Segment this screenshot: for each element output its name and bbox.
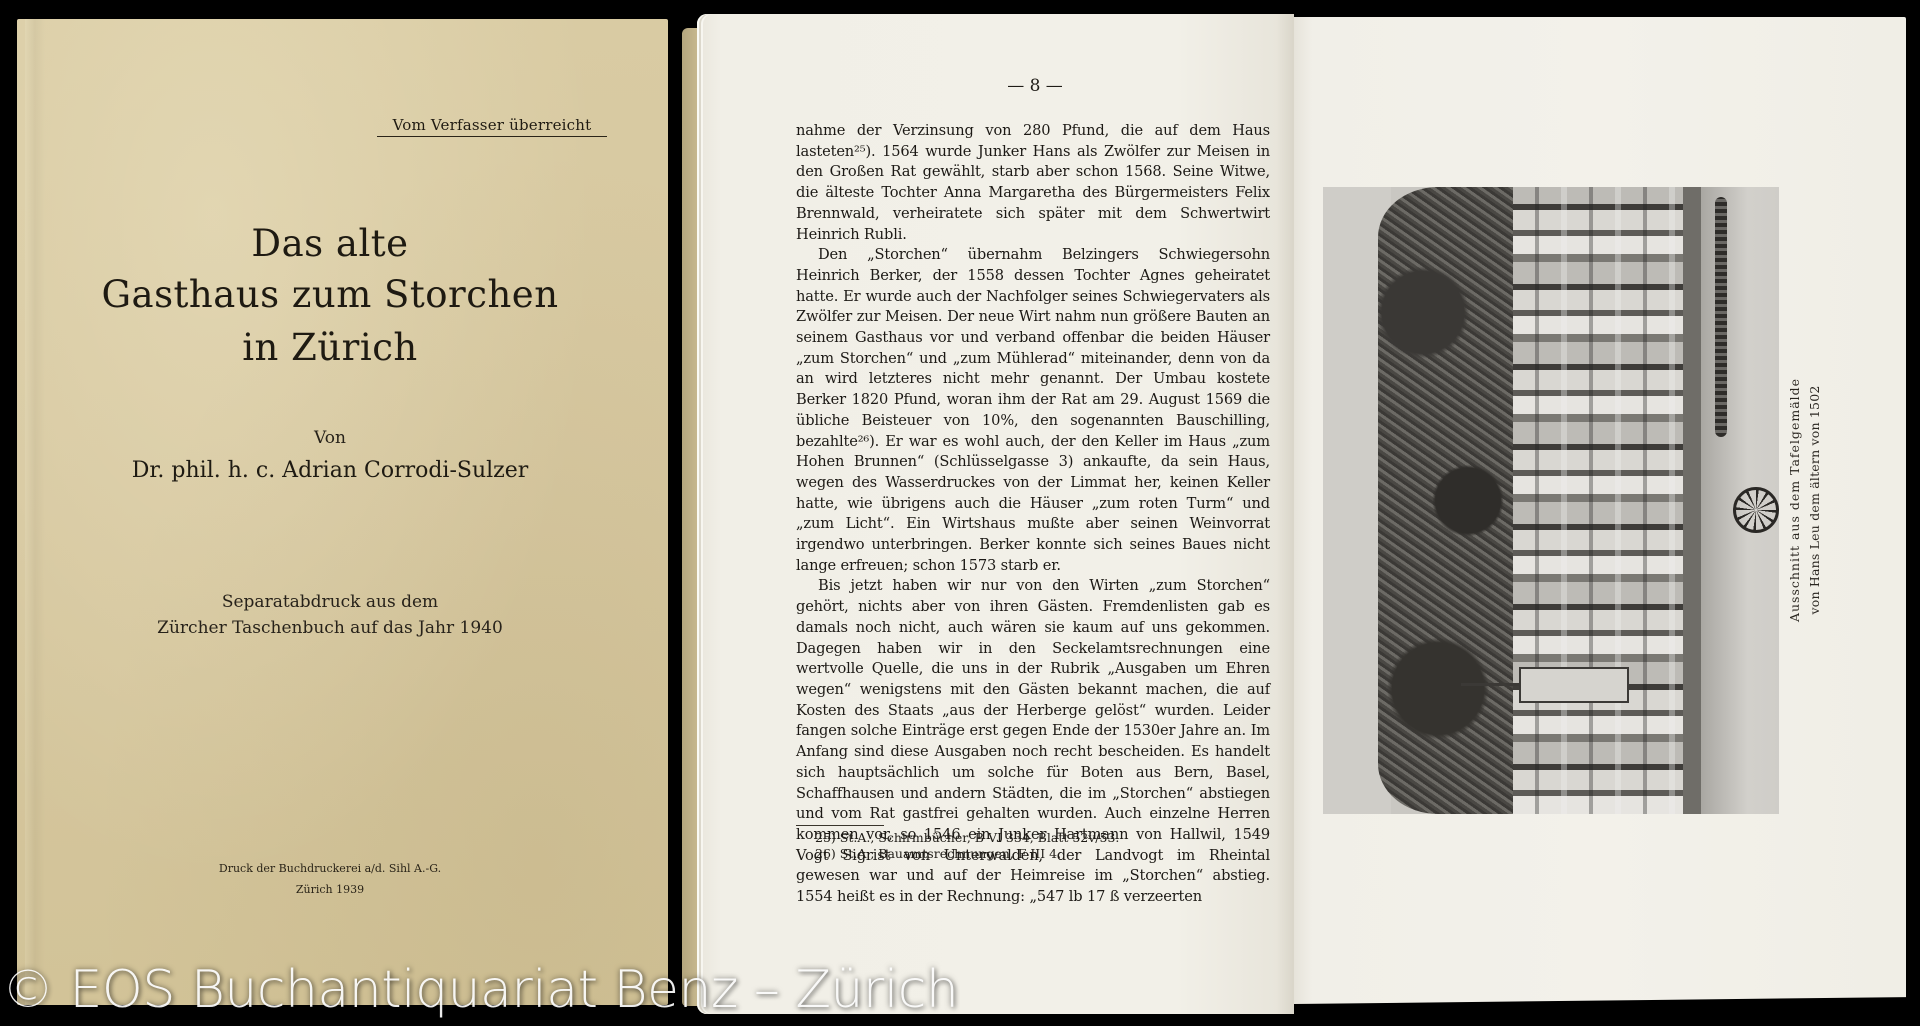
plate-weir xyxy=(1715,197,1727,437)
cover-printer-line-2: Zürich 1939 xyxy=(80,883,580,896)
footnote-number: 25) xyxy=(815,830,836,845)
footnote: 25) St.A., Schirmbücher, B VI 334, Blatt… xyxy=(815,830,1275,846)
cover-offprint-line-2: Zürcher Taschenbuch auf das Jahr 1940 xyxy=(80,618,580,638)
footnote-text: St.A., Schirmbücher, B VI 334, Blatt 52v… xyxy=(840,830,1120,845)
cover-title-line-1: Das alte xyxy=(80,222,580,265)
footnote: 26) St.A., Bauamtsrechnungen, F III 4. xyxy=(815,846,1275,862)
plate-riverbank xyxy=(1683,187,1703,814)
plate-hillside xyxy=(1378,187,1528,814)
cover-title-line-2: Gasthaus zum Storchen xyxy=(80,273,580,316)
presented-by-author-note: Vom Verfasser überreicht xyxy=(377,116,607,137)
townscape-plate-image xyxy=(1323,187,1779,814)
footnote-text: St.A., Bauamtsrechnungen, F III 4. xyxy=(840,846,1061,861)
caption-line-2: von Hans Leu dem ältern von 1502 xyxy=(1805,378,1825,622)
booklet-cover xyxy=(17,19,668,1005)
footnotes: 25) St.A., Schirmbücher, B VI 334, Blatt… xyxy=(815,830,1275,862)
paragraph: nahme der Verzinsung von 280 Pfund, die … xyxy=(796,121,1270,245)
footnote-divider xyxy=(796,825,884,826)
plate-church xyxy=(1519,667,1629,703)
page-body-text: nahme der Verzinsung von 280 Pfund, die … xyxy=(796,121,1270,908)
cover-author: Dr. phil. h. c. Adrian Corrodi-Sulzer xyxy=(60,458,600,483)
copyright-watermark: © EOS Buchantiquariat Benz – Zürich xyxy=(2,960,958,1020)
cover-by-label: Von xyxy=(80,428,580,448)
plate-water-wheel-icon xyxy=(1733,487,1779,533)
page-number: — 8 — xyxy=(980,76,1090,96)
cover-offprint-line-1: Separatabdruck aus dem xyxy=(80,592,580,612)
cover-title-line-3: in Zürich xyxy=(80,326,580,369)
plate-houses xyxy=(1513,187,1688,814)
cover-printer-line-1: Druck der Buchdruckerei a/d. Sihl A.-G. xyxy=(80,862,580,875)
caption-line-1: Ausschnitt aus dem Tafelgemälde xyxy=(1785,378,1805,622)
paragraph: Den „Storchen“ übernahm Belzingers Schwi… xyxy=(796,245,1270,576)
footnote-number: 26) xyxy=(815,846,836,861)
